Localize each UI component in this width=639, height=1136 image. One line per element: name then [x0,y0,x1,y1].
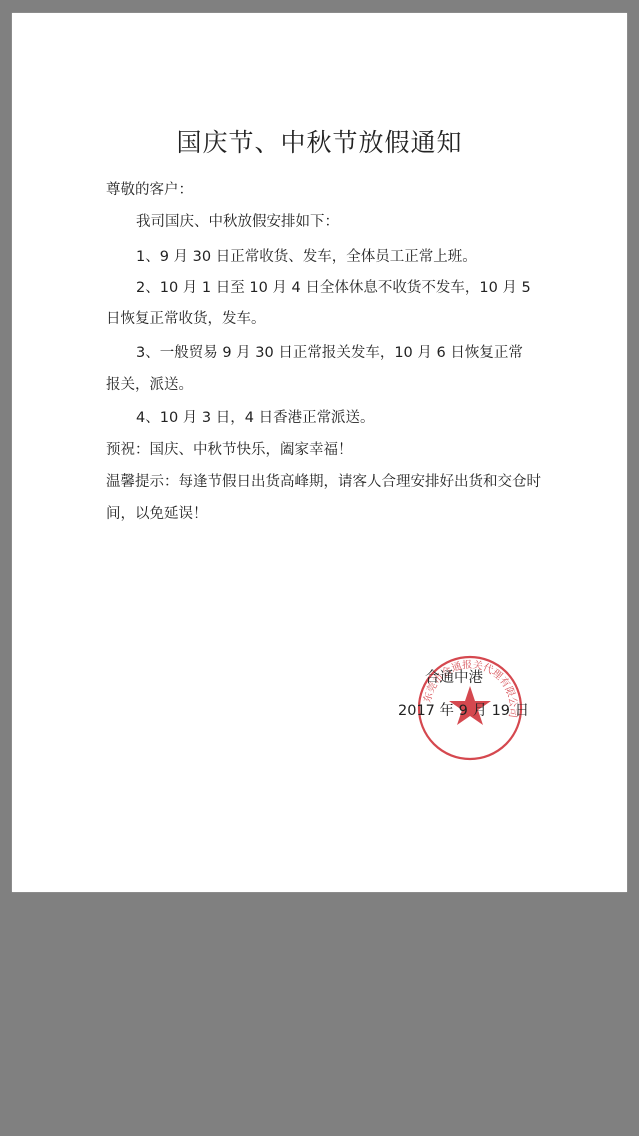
item-3: 3、一般贸易 9 月 30 日正常报关发车，10 月 6 日恢复正常 [136,341,523,362]
item-4: 4、10 月 3 日，4 日香港正常派送。 [136,406,375,427]
item-2: 2、10 月 1 日至 10 月 4 日全体休息不收货不发车，10 月 5 [136,276,531,297]
salutation: 尊敬的客户： [106,178,193,199]
intro-text: 我司国庆、中秋放假安排如下： [136,210,339,231]
wishes-text: 预祝：国庆、中秋节快乐，阖家幸福！ [106,438,353,459]
reminder-line-1: 温馨提示：每逢节假日出货高峰期，请客人合理安排好出货和交仓时 [106,470,541,491]
item-3-cont: 报关，派送。 [106,373,193,394]
item-2-cont: 日恢复正常收货，发车。 [106,307,266,328]
document-page: 国庆节、中秋节放假通知 尊敬的客户： 我司国庆、中秋放假安排如下： 1、9 月 … [12,13,627,892]
document-title: 国庆节、中秋节放假通知 [12,123,627,159]
signature-date: 2017 年 9 月 19 日 [398,699,529,720]
item-1: 1、9 月 30 日正常收货、发车，全体员工正常上班。 [136,245,477,266]
signature-company: 合通中港 [425,666,483,687]
reminder-line-2: 间，以免延误！ [106,502,208,523]
